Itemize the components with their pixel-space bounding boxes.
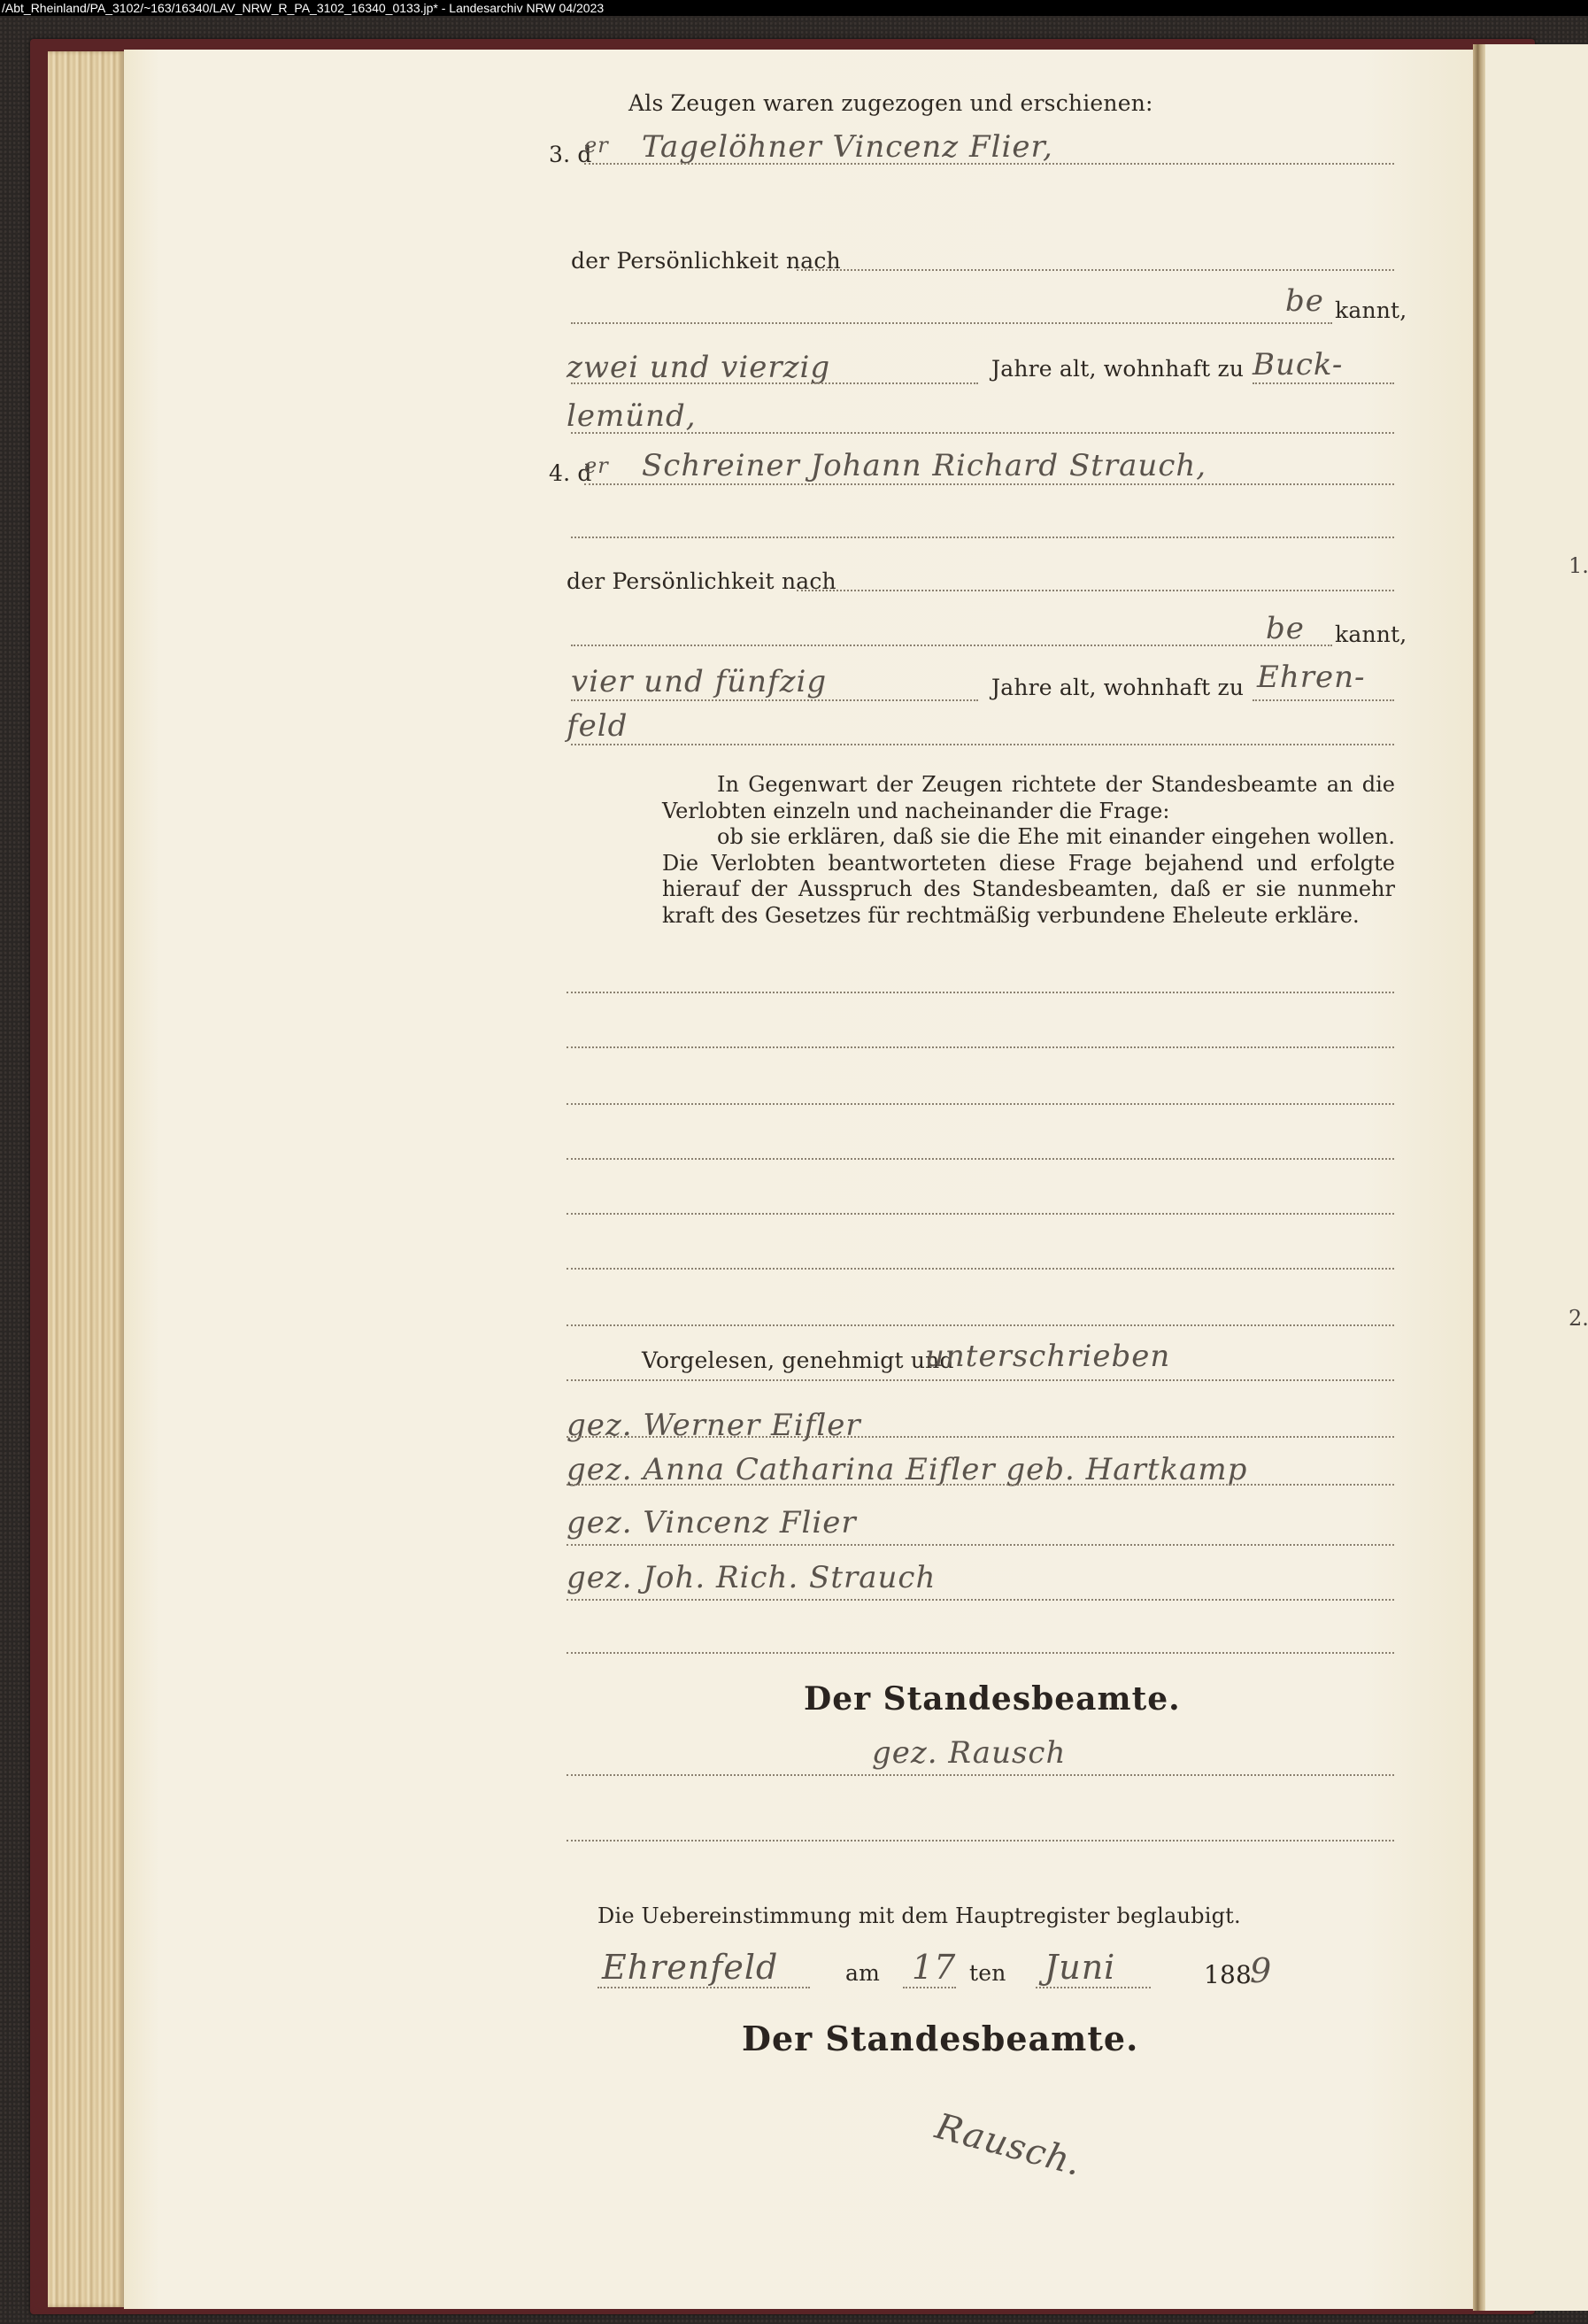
registrar-line [567, 1840, 1394, 1841]
witness-3-age-label: Jahre alt, wohnhaft zu [991, 356, 1244, 382]
certification-am-label: am [845, 1960, 880, 1986]
witness-4-blank-line [571, 537, 1394, 538]
signature-line [567, 1544, 1394, 1546]
witnesses-heading: Als Zeugen waren zugezogen und erschiene… [628, 90, 1153, 116]
certification-place-line [597, 1987, 810, 1988]
signatures-label-handwritten: unterschrieben [925, 1339, 1170, 1374]
declaration-answer: ob sie erklären, daß sie die Ehe mit ein… [662, 824, 1395, 929]
certification-month-line [1036, 1987, 1151, 1988]
declaration-question: In Gegenwart der Zeugen richtete der Sta… [662, 772, 1395, 824]
witness-3-name-line [584, 163, 1394, 165]
witness-3-residence-2: lemünd, [567, 398, 697, 434]
certification-year-prefix: 188 [1204, 1960, 1252, 1989]
facing-page-number-2: 2. [1569, 1306, 1588, 1331]
witness-4-known-suffix: kannt, [1335, 622, 1407, 647]
facing-page: 1. 2. [1485, 44, 1588, 2311]
witness-4-known-line [797, 590, 1394, 591]
witness-3-age-line [571, 382, 978, 384]
blank-line [567, 1103, 1394, 1105]
book-gutter [1473, 44, 1485, 2311]
witness-3-residence-line [1253, 382, 1394, 384]
blank-line [567, 1268, 1394, 1270]
declaration-paragraph: In Gegenwart der Zeugen richtete der Sta… [662, 772, 1395, 929]
witness-3-known-prefix: be [1285, 283, 1324, 319]
witness-3-known-line-2 [571, 322, 1332, 324]
witness-4-age: vier und fünfzig [571, 664, 827, 699]
signature-line [567, 1379, 1394, 1381]
certification-place: Ehrenfeld [602, 1948, 778, 1987]
signature-witness-3: gez. Vincenz Flier [567, 1505, 857, 1540]
register-page [124, 50, 1478, 2309]
page-edges [48, 51, 124, 2307]
window-title: /Abt_Rheinland/PA_3102/~163/16340/LAV_NR… [0, 0, 1588, 16]
witness-4-known-line-2 [571, 645, 1332, 646]
blank-line [567, 1046, 1394, 1048]
witness-3-article-suffix: er [584, 133, 609, 158]
witness-4-known-prefix: be [1266, 611, 1305, 646]
certification-day: 17 [912, 1948, 956, 1987]
signature-witness-4: gez. Joh. Rich. Strauch [567, 1560, 936, 1595]
signature-line [567, 1436, 1394, 1438]
witness-4-residence-2: feld [567, 708, 628, 744]
signature-line [567, 1652, 1394, 1654]
facing-page-number-1: 1. [1569, 553, 1588, 578]
blank-line [567, 992, 1394, 993]
registrar-heading: Der Standesbeamte. [804, 1680, 1181, 1718]
registrar-line [567, 1774, 1394, 1776]
witness-4-age-line [571, 699, 978, 701]
witness-3-age: zwei und vierzig [567, 350, 830, 385]
witness-4-residence-line [1253, 699, 1394, 701]
witness-4-article-suffix: er [584, 453, 609, 478]
certification-heading: Der Standesbeamte. [742, 2019, 1138, 2058]
signatures-label: Vorgelesen, genehmigt und [642, 1347, 954, 1373]
witness-3-residence-1: Buck- [1253, 347, 1343, 382]
witness-4-residence-1: Ehren- [1257, 660, 1365, 695]
certification-ten-label: ten [969, 1960, 1006, 1986]
signature-groom: gez. Werner Eifler [567, 1408, 861, 1443]
registrar-signature: gez. Rausch [872, 1735, 1066, 1771]
witness-3-known-line [797, 269, 1394, 271]
certification-month: Juni [1045, 1948, 1115, 1987]
blank-line [567, 1213, 1394, 1215]
signature-line [567, 1599, 1394, 1601]
witness-4-name: Schreiner Johann Richard Strauch, [642, 448, 1206, 483]
certification-text: Die Uebereinstimmung mit dem Hauptregist… [597, 1903, 1241, 1928]
certification-day-line [903, 1987, 956, 1988]
certification-year-suffix: 9 [1250, 1951, 1272, 1990]
witness-4-age-label: Jahre alt, wohnhaft zu [991, 675, 1244, 700]
blank-line [567, 1324, 1394, 1326]
blank-line [567, 1158, 1394, 1160]
witness-4-name-line [584, 483, 1394, 485]
witness-3-name: Tagelöhner Vincenz Flier, [642, 129, 1053, 165]
witness-4-residence-line-2 [571, 744, 1394, 745]
witness-3-residence-line-2 [571, 432, 1394, 434]
signature-bride: gez. Anna Catharina Eifler geb. Hartkamp [567, 1452, 1247, 1487]
signature-line [567, 1484, 1394, 1486]
witness-3-known-suffix: kannt, [1335, 297, 1407, 323]
